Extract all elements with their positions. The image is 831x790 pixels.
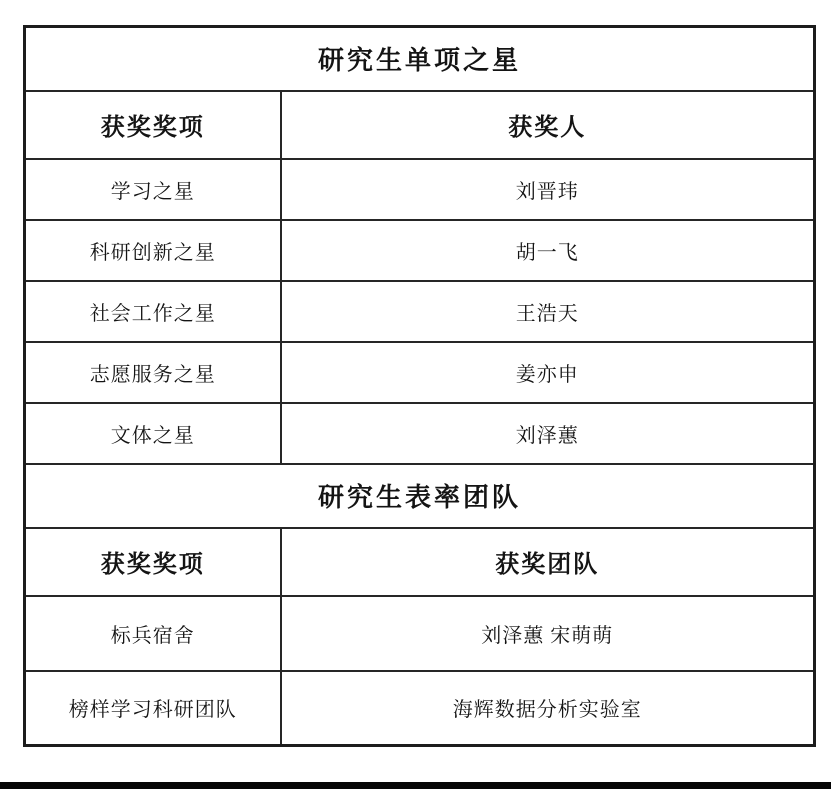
- winner-team-cell: 海辉数据分析实验室: [281, 671, 815, 746]
- table-row: 科研创新之星 胡一飞: [25, 220, 815, 281]
- award-name-cell: 榜样学习科研团队: [25, 671, 281, 746]
- winner-name-cell: 王浩天: [281, 281, 815, 342]
- award-name-cell: 科研创新之星: [25, 220, 281, 281]
- header-row-section-1: 获奖奖项 获奖人: [25, 91, 815, 159]
- winner-name-cell: 刘晋玮: [281, 159, 815, 220]
- award-name-cell: 志愿服务之星: [25, 342, 281, 403]
- table-row: 学习之星 刘晋玮: [25, 159, 815, 220]
- section-title-row-graduate-model-team: 研究生表率团队: [25, 464, 815, 528]
- header-row-section-2: 获奖奖项 获奖团队: [25, 528, 815, 596]
- column-header-award-team: 获奖团队: [281, 528, 815, 596]
- page-bottom-rule: [0, 782, 831, 789]
- award-name-cell: 标兵宿舍: [25, 596, 281, 671]
- document-page: 研究生单项之星 获奖奖项 获奖人 学习之星 刘晋玮 科研创新之星 胡一飞 社会工…: [0, 0, 831, 790]
- winner-team-cell: 刘泽蕙 宋萌萌: [281, 596, 815, 671]
- section-title-graduate-model-team: 研究生表率团队: [25, 464, 815, 528]
- section-title-graduate-individual-star: 研究生单项之星: [25, 27, 815, 91]
- award-name-cell: 学习之星: [25, 159, 281, 220]
- award-name-cell: 文体之星: [25, 403, 281, 464]
- column-header-award-name: 获奖奖项: [25, 528, 281, 596]
- column-header-award-winner: 获奖人: [281, 91, 815, 159]
- table-row: 志愿服务之星 姜亦申: [25, 342, 815, 403]
- winner-name-cell: 姜亦申: [281, 342, 815, 403]
- table-row: 榜样学习科研团队 海辉数据分析实验室: [25, 671, 815, 746]
- winner-name-cell: 胡一飞: [281, 220, 815, 281]
- awards-table: 研究生单项之星 获奖奖项 获奖人 学习之星 刘晋玮 科研创新之星 胡一飞 社会工…: [23, 25, 816, 747]
- table-row: 标兵宿舍 刘泽蕙 宋萌萌: [25, 596, 815, 671]
- column-header-award-name: 获奖奖项: [25, 91, 281, 159]
- award-name-cell: 社会工作之星: [25, 281, 281, 342]
- table-row: 文体之星 刘泽蕙: [25, 403, 815, 464]
- table-row: 社会工作之星 王浩天: [25, 281, 815, 342]
- section-title-row-graduate-individual-star: 研究生单项之星: [25, 27, 815, 91]
- winner-name-cell: 刘泽蕙: [281, 403, 815, 464]
